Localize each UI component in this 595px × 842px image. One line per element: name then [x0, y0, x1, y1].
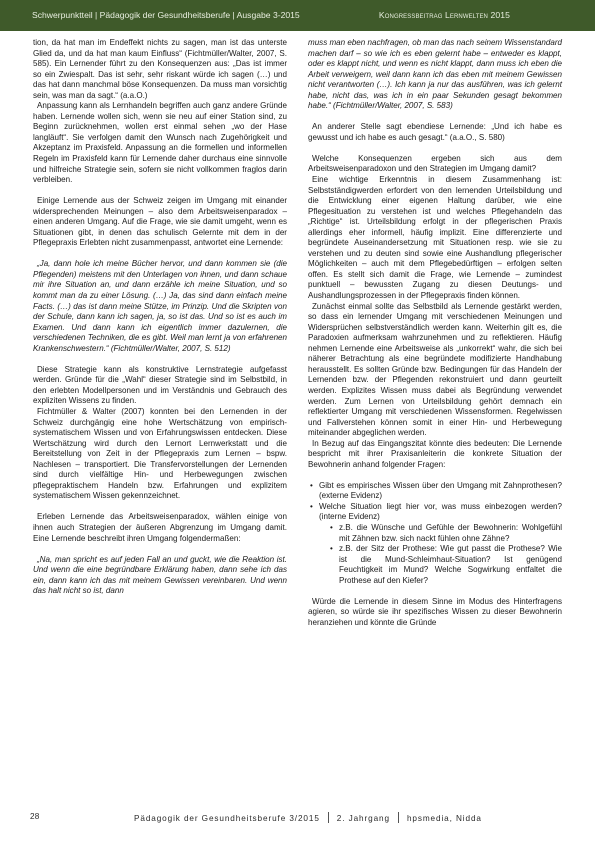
right-column: muss man eben nachfragen, ob man das nac…	[308, 38, 562, 628]
publisher: hpsmedia, Nidda	[407, 814, 482, 823]
running-header: Schwerpunktteil | Pädagogik der Gesundhe…	[0, 0, 595, 31]
journal-volume: 2. Jahrgang	[337, 814, 390, 823]
sub-bullet-list: z.B. die Wünsche und Gefühle der Bewohne…	[308, 523, 562, 586]
running-footer: 28 Pädagogik der Gesundheitsberufe 3/201…	[0, 808, 595, 828]
header-article-type: Kongressbeitrag Lernwelten 2015	[379, 0, 510, 31]
block-quote: „Na, man spricht es auf jeden Fall an un…	[33, 555, 287, 597]
paragraph: Anpassung kann als Lernhandeln begriffen…	[33, 101, 287, 185]
paragraph: An anderer Stelle sagt ebendiese Lernend…	[308, 122, 562, 143]
paragraph: Zunächst einmal sollte das Selbstbild al…	[308, 302, 562, 439]
paragraph: Einige Lernende aus der Schweiz zeigen i…	[33, 196, 287, 249]
paragraph: Fichtmüller & Walter (2007) konnten bei …	[33, 407, 287, 502]
list-item: z.B. die Wünsche und Gefühle der Bewohne…	[308, 523, 562, 544]
paragraph: Würde die Lernende in diesem Sinne im Mo…	[308, 597, 562, 629]
list-item: Welche Situation liegt hier vor, was mus…	[308, 502, 562, 523]
paragraph: Eine wichtige Erkenntnis in diesem Zusam…	[308, 175, 562, 302]
block-quote-continued: muss man eben nachfragen, ob man das nac…	[308, 38, 562, 112]
block-quote: „Ja, dann hole ich meine Bücher hervor, …	[33, 259, 287, 354]
list-item: z.B. der Sitz der Prothese: Wie gut pass…	[308, 544, 562, 586]
journal-title: Pädagogik der Gesundheitsberufe 3/2015	[134, 814, 320, 823]
left-column: tion, da hat man im Endeffekt nichts zu …	[33, 38, 287, 597]
page-number: 28	[30, 812, 40, 821]
footer-info: Pädagogik der Gesundheitsberufe 3/20152.…	[134, 812, 482, 823]
paragraph: In Bezug auf das Eingangszitat könnte di…	[308, 439, 562, 471]
paragraph: tion, da hat man im Endeffekt nichts zu …	[33, 38, 287, 101]
divider	[398, 812, 399, 823]
bullet-list: Gibt es empirisches Wissen über den Umga…	[308, 481, 562, 523]
header-section-title: Schwerpunktteil | Pädagogik der Gesundhe…	[32, 0, 300, 31]
paragraph: Welche Konsequenzen ergeben sich aus dem…	[308, 154, 562, 175]
paragraph: Erleben Lernende das Arbeitsweisenparado…	[33, 512, 287, 544]
paragraph: Diese Strategie kann als konstruktive Le…	[33, 365, 287, 407]
list-item: Gibt es empirisches Wissen über den Umga…	[308, 481, 562, 502]
divider	[328, 812, 329, 823]
